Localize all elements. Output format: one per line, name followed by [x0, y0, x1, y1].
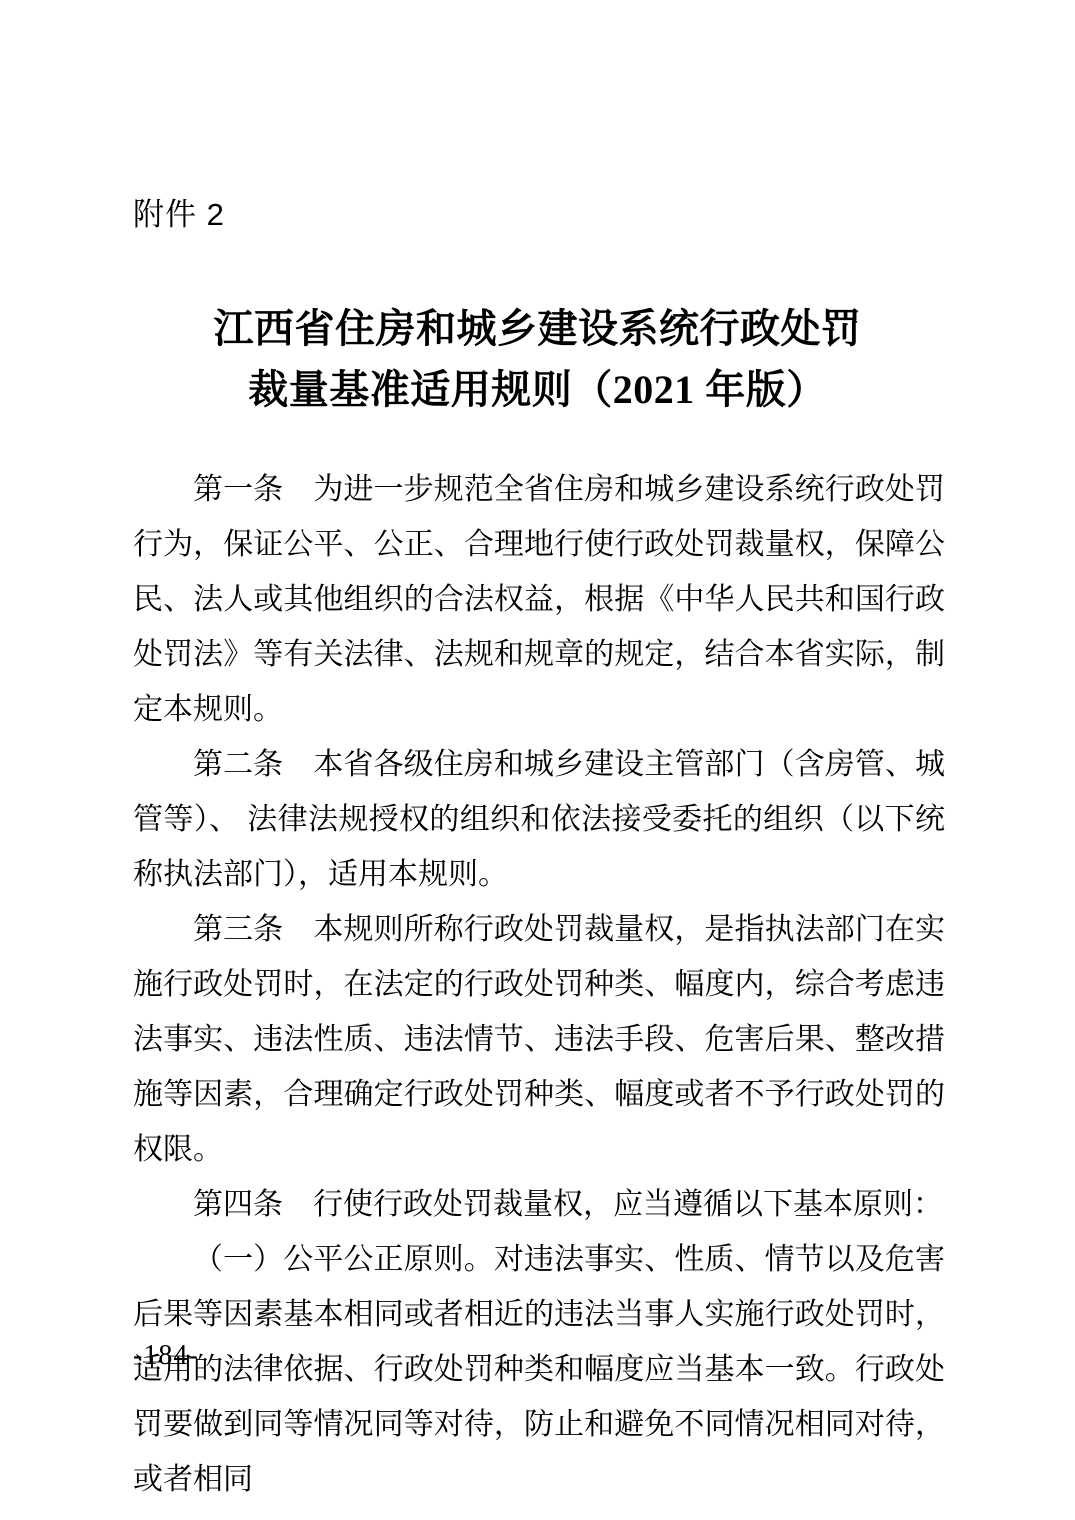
document-page: 附件 2 江西省住房和城乡建设系统行政处罚 裁量基准适用规则（2021 年版） …: [0, 0, 1075, 1520]
document-body: 第一条 为进一步规范全省住房和城乡建设系统行政处罚行为，保证公平、公正、合理地行…: [133, 462, 945, 1507]
document-title-line2: 裁量基准适用规则（2021 年版）: [0, 359, 1075, 420]
body-paragraph-4: 第四条 行使行政处罚裁量权，应当遵循以下基本原则：: [133, 1177, 945, 1232]
body-paragraph-5: （一）公平公正原则。对违法事实、性质、情节以及危害后果等因素基本相同或者相近的违…: [133, 1232, 945, 1507]
document-title-line1: 江西省住房和城乡建设系统行政处罚: [0, 298, 1075, 359]
page-number: -184-: [133, 1340, 199, 1372]
document-title: 江西省住房和城乡建设系统行政处罚 裁量基准适用规则（2021 年版）: [0, 298, 1075, 420]
body-paragraph-2: 第二条 本省各级住房和城乡建设主管部门（含房管、城管等）、 法律法规授权的组织和…: [133, 737, 945, 902]
body-paragraph-3: 第三条 本规则所称行政处罚裁量权，是指执法部门在实施行政处罚时，在法定的行政处罚…: [133, 902, 945, 1177]
body-paragraph-1: 第一条 为进一步规范全省住房和城乡建设系统行政处罚行为，保证公平、公正、合理地行…: [133, 462, 945, 737]
attachment-label: 附件 2: [133, 196, 225, 234]
